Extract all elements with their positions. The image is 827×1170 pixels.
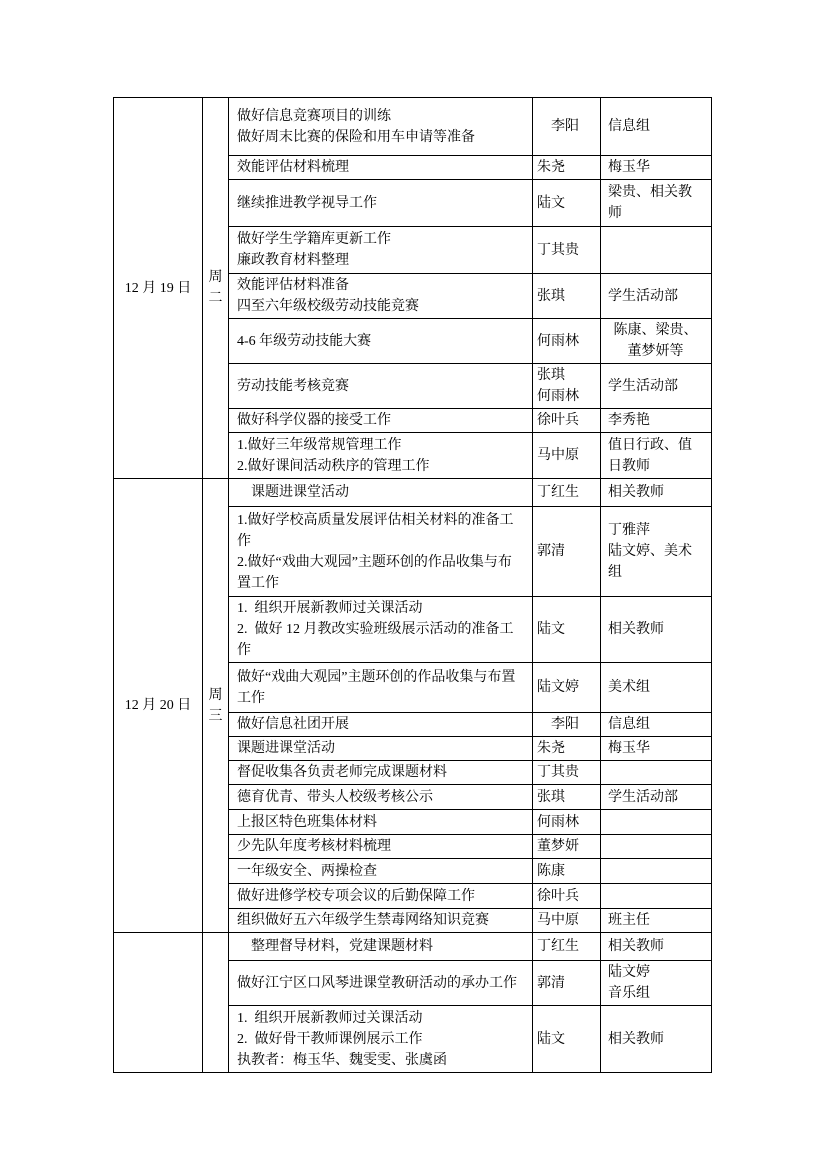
dept-cell: 相关教师 (601, 479, 712, 507)
person-cell: 徐叶兵 (533, 884, 601, 909)
dept-cell: 学生活动部 (601, 785, 712, 810)
person-cell: 李阳 (533, 98, 601, 156)
task-cell: 1.做好三年级常规管理工作 2.做好课间活动秩序的管理工作 (229, 433, 533, 479)
day-cell: 周 三 (203, 479, 229, 933)
task-cell: 课题进课堂活动 (229, 737, 533, 761)
person-cell: 丁红生 (533, 479, 601, 507)
task-cell: 4-6 年级劳动技能大赛 (229, 319, 533, 364)
person-cell: 董梦妍 (533, 835, 601, 859)
person-cell: 张琪 (533, 274, 601, 319)
person-cell: 陆文 (533, 1006, 601, 1073)
person-cell: 郭清 (533, 507, 601, 597)
dept-cell: 丁雅萍 陆文婷、美术组 (601, 507, 712, 597)
person-cell: 马中原 (533, 433, 601, 479)
person-cell: 张琪 (533, 785, 601, 810)
dept-cell: 班主任 (601, 909, 712, 933)
day-cell: 周 二 (203, 98, 229, 479)
schedule-table: 12 月 19 日周 二做好信息竞赛项目的训练 做好周末比赛的保险和用车申请等准… (113, 97, 712, 1073)
task-cell: 课题进课堂活动 (229, 479, 533, 507)
task-cell: 1.做好学校高质量发展评估相关材料的准备工作 2.做好“戏曲大观园”主题环创的作… (229, 507, 533, 597)
task-cell: 效能评估材料梳理 (229, 156, 533, 180)
task-cell: 做好信息竞赛项目的训练 做好周末比赛的保险和用车申请等准备 (229, 98, 533, 156)
dept-cell (601, 810, 712, 835)
table-row: 12 月 19 日周 二做好信息竞赛项目的训练 做好周末比赛的保险和用车申请等准… (114, 98, 712, 156)
day-cell (203, 933, 229, 1073)
task-cell: 督促收集各负责老师完成课题材料 (229, 761, 533, 785)
task-cell: 做好进修学校专项会议的后勤保障工作 (229, 884, 533, 909)
task-cell: 做好科学仪器的接受工作 (229, 409, 533, 433)
task-cell: 做好学生学籍库更新工作 廉政教育材料整理 (229, 227, 533, 274)
person-cell: 陈康 (533, 859, 601, 884)
dept-cell: 美术组 (601, 663, 712, 713)
dept-cell: 学生活动部 (601, 364, 712, 409)
date-cell: 12 月 20 日 (114, 479, 203, 933)
person-cell: 朱尧 (533, 737, 601, 761)
task-cell: 少先队年度考核材料梳理 (229, 835, 533, 859)
person-cell: 郭清 (533, 961, 601, 1006)
task-cell: 整理督导材料，党建课题材料 (229, 933, 533, 961)
dept-cell: 梅玉华 (601, 156, 712, 180)
dept-cell: 学生活动部 (601, 274, 712, 319)
task-cell: 组织做好五六年级学生禁毒网络知识竞赛 (229, 909, 533, 933)
task-cell: 做好江宁区口风琴进课堂教研活动的承办工作 (229, 961, 533, 1006)
person-cell: 何雨林 (533, 319, 601, 364)
person-cell: 何雨林 (533, 810, 601, 835)
person-cell: 徐叶兵 (533, 409, 601, 433)
dept-cell: 梅玉华 (601, 737, 712, 761)
date-cell: 12 月 19 日 (114, 98, 203, 479)
task-cell: 1. 组织开展新教师过关课活动 2. 做好骨干教师课例展示工作 执教者：梅玉华、… (229, 1006, 533, 1073)
document-page: 12 月 19 日周 二做好信息竞赛项目的训练 做好周末比赛的保险和用车申请等准… (0, 0, 827, 1170)
person-cell: 朱尧 (533, 156, 601, 180)
task-cell: 效能评估材料准备 四至六年级校级劳动技能竞赛 (229, 274, 533, 319)
dept-cell: 李秀艳 (601, 409, 712, 433)
dept-cell: 信息组 (601, 98, 712, 156)
dept-cell (601, 835, 712, 859)
task-cell: 做好信息社团开展 (229, 713, 533, 737)
dept-cell (601, 884, 712, 909)
table-row: 12 月 20 日周 三 课题进课堂活动丁红生相关教师 (114, 479, 712, 507)
dept-cell (601, 227, 712, 274)
dept-cell: 相关教师 (601, 1006, 712, 1073)
task-cell: 上报区特色班集体材料 (229, 810, 533, 835)
person-cell: 陆文婷 (533, 663, 601, 713)
dept-cell: 值日行政、值日教师 (601, 433, 712, 479)
person-cell: 马中原 (533, 909, 601, 933)
date-cell (114, 933, 203, 1073)
person-cell: 张琪 何雨林 (533, 364, 601, 409)
person-cell: 丁其贵 (533, 761, 601, 785)
dept-cell: 相关教师 (601, 933, 712, 961)
person-cell: 陆文 (533, 180, 601, 227)
task-cell: 做好“戏曲大观园”主题环创的作品收集与布置工作 (229, 663, 533, 713)
person-cell: 李阳 (533, 713, 601, 737)
task-cell: 继续推进教学视导工作 (229, 180, 533, 227)
person-cell: 陆文 (533, 597, 601, 663)
person-cell: 丁红生 (533, 933, 601, 961)
dept-cell: 陆文婷 音乐组 (601, 961, 712, 1006)
task-cell: 德育优青、带头人校级考核公示 (229, 785, 533, 810)
task-cell: 1. 组织开展新教师过关课活动 2. 做好 12 月教改实验班级展示活动的准备工… (229, 597, 533, 663)
dept-cell (601, 859, 712, 884)
task-cell: 一年级安全、两操检查 (229, 859, 533, 884)
dept-cell: 陈康、梁贵、董梦妍等 (601, 319, 712, 364)
task-cell: 劳动技能考核竞赛 (229, 364, 533, 409)
dept-cell: 相关教师 (601, 597, 712, 663)
dept-cell: 信息组 (601, 713, 712, 737)
dept-cell (601, 761, 712, 785)
person-cell: 丁其贵 (533, 227, 601, 274)
table-row: 整理督导材料，党建课题材料丁红生相关教师 (114, 933, 712, 961)
dept-cell: 梁贵、相关教师 (601, 180, 712, 227)
